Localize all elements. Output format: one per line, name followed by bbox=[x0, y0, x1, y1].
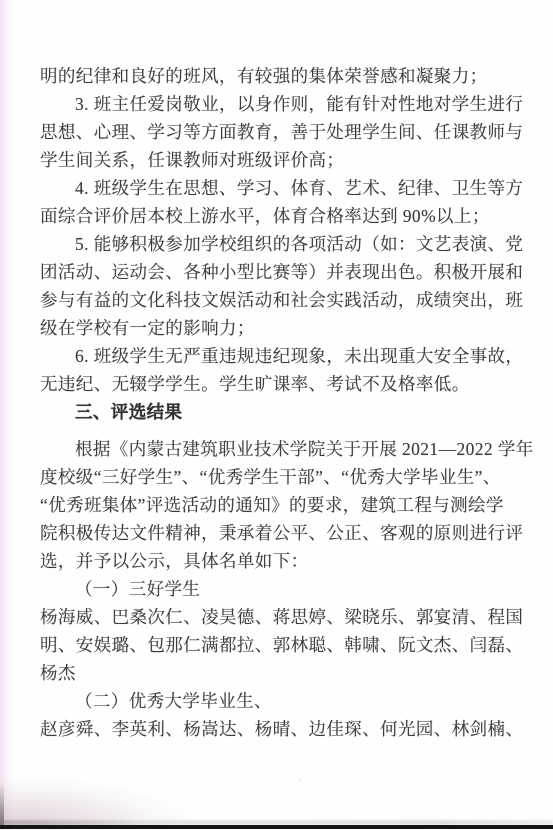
text-line: 3. 班主任爱岗敬业，以身作则，能有针对性地对学生进行 bbox=[40, 90, 512, 118]
document-body: 明的纪律和良好的班风，有较强的集体荣誉感和凝聚力；3. 班主任爱岗敬业，以身作则… bbox=[40, 62, 512, 743]
text-line: 6. 班级学生无严重违规违纪现象，未出现重大安全事故， bbox=[40, 342, 512, 370]
text-line: 度校级“三好学生”、“优秀学生干部”、“优秀大学毕业生”、 bbox=[40, 463, 512, 491]
text-line: 明的纪律和良好的班风，有较强的集体荣誉感和凝聚力； bbox=[40, 62, 512, 90]
scan-edge-bar bbox=[0, 825, 553, 829]
text-line: 赵彦舜、李英利、杨嵩达、杨晴、边佳琛、何光园、林剑楠、 bbox=[40, 715, 512, 743]
text-line: 选，并予以公示，具体名单如下： bbox=[40, 547, 512, 575]
text-line: 学生间关系，任课教师对班级评价高； bbox=[40, 146, 512, 174]
page-curl-shadow bbox=[0, 753, 230, 828]
text-line: 院积极传达文件精神，秉承着公平、公正、客观的原则进行评 bbox=[40, 519, 512, 547]
text-line: 杨杰 bbox=[40, 659, 512, 687]
scanned-document-page: 明的纪律和良好的班风，有较强的集体荣誉感和凝聚力；3. 班主任爱岗敬业，以身作则… bbox=[0, 0, 553, 830]
text-line: 无违纪、无辍学学生。学生旷课率、考试不及格率低。 bbox=[40, 370, 512, 398]
text-line: 面综合评价居本校上游水平，体育合格率达到 90%以上； bbox=[40, 202, 512, 230]
text-line: 明、安娱璐、包那仁满都拉、郭林聪、韩啸、阮文杰、闫磊、 bbox=[40, 631, 512, 659]
text-line: 团活动、运动会、各种小型比赛等）并表现出色。积极开展和 bbox=[40, 258, 512, 286]
text-line: 参与有益的文化科技文娱活动和社会实践活动，成绩突出，班 bbox=[40, 286, 512, 314]
text-line: 4. 班级学生在思想、学习、体育、艺术、纪律、卫生等方 bbox=[40, 174, 512, 202]
text-line: “优秀班集体”评选活动的通知》的要求，建筑工程与测绘学 bbox=[40, 491, 512, 519]
text-line: 根据《内蒙古建筑职业技术学院关于开展 2021—2022 学年 bbox=[40, 435, 512, 463]
scan-edge-tint bbox=[0, 0, 16, 830]
text-line: 级在学校有一定的影响力； bbox=[40, 314, 512, 342]
text-line: （二）优秀大学毕业生、 bbox=[40, 687, 512, 715]
text-line: （一）三好学生 bbox=[40, 575, 512, 603]
text-line: 三、评选结果 bbox=[40, 398, 512, 426]
text-line: 杨海威、巴桑次仁、凌昊德、蒋思婷、梁晓乐、郭宴清、程国 bbox=[40, 603, 512, 631]
text-line: 5. 能够积极参加学校组织的各项活动（如：文艺表演、党 bbox=[40, 230, 512, 258]
text-line: 思想、心理、学习等方面教育，善于处理学生间、任课教师与 bbox=[40, 118, 512, 146]
